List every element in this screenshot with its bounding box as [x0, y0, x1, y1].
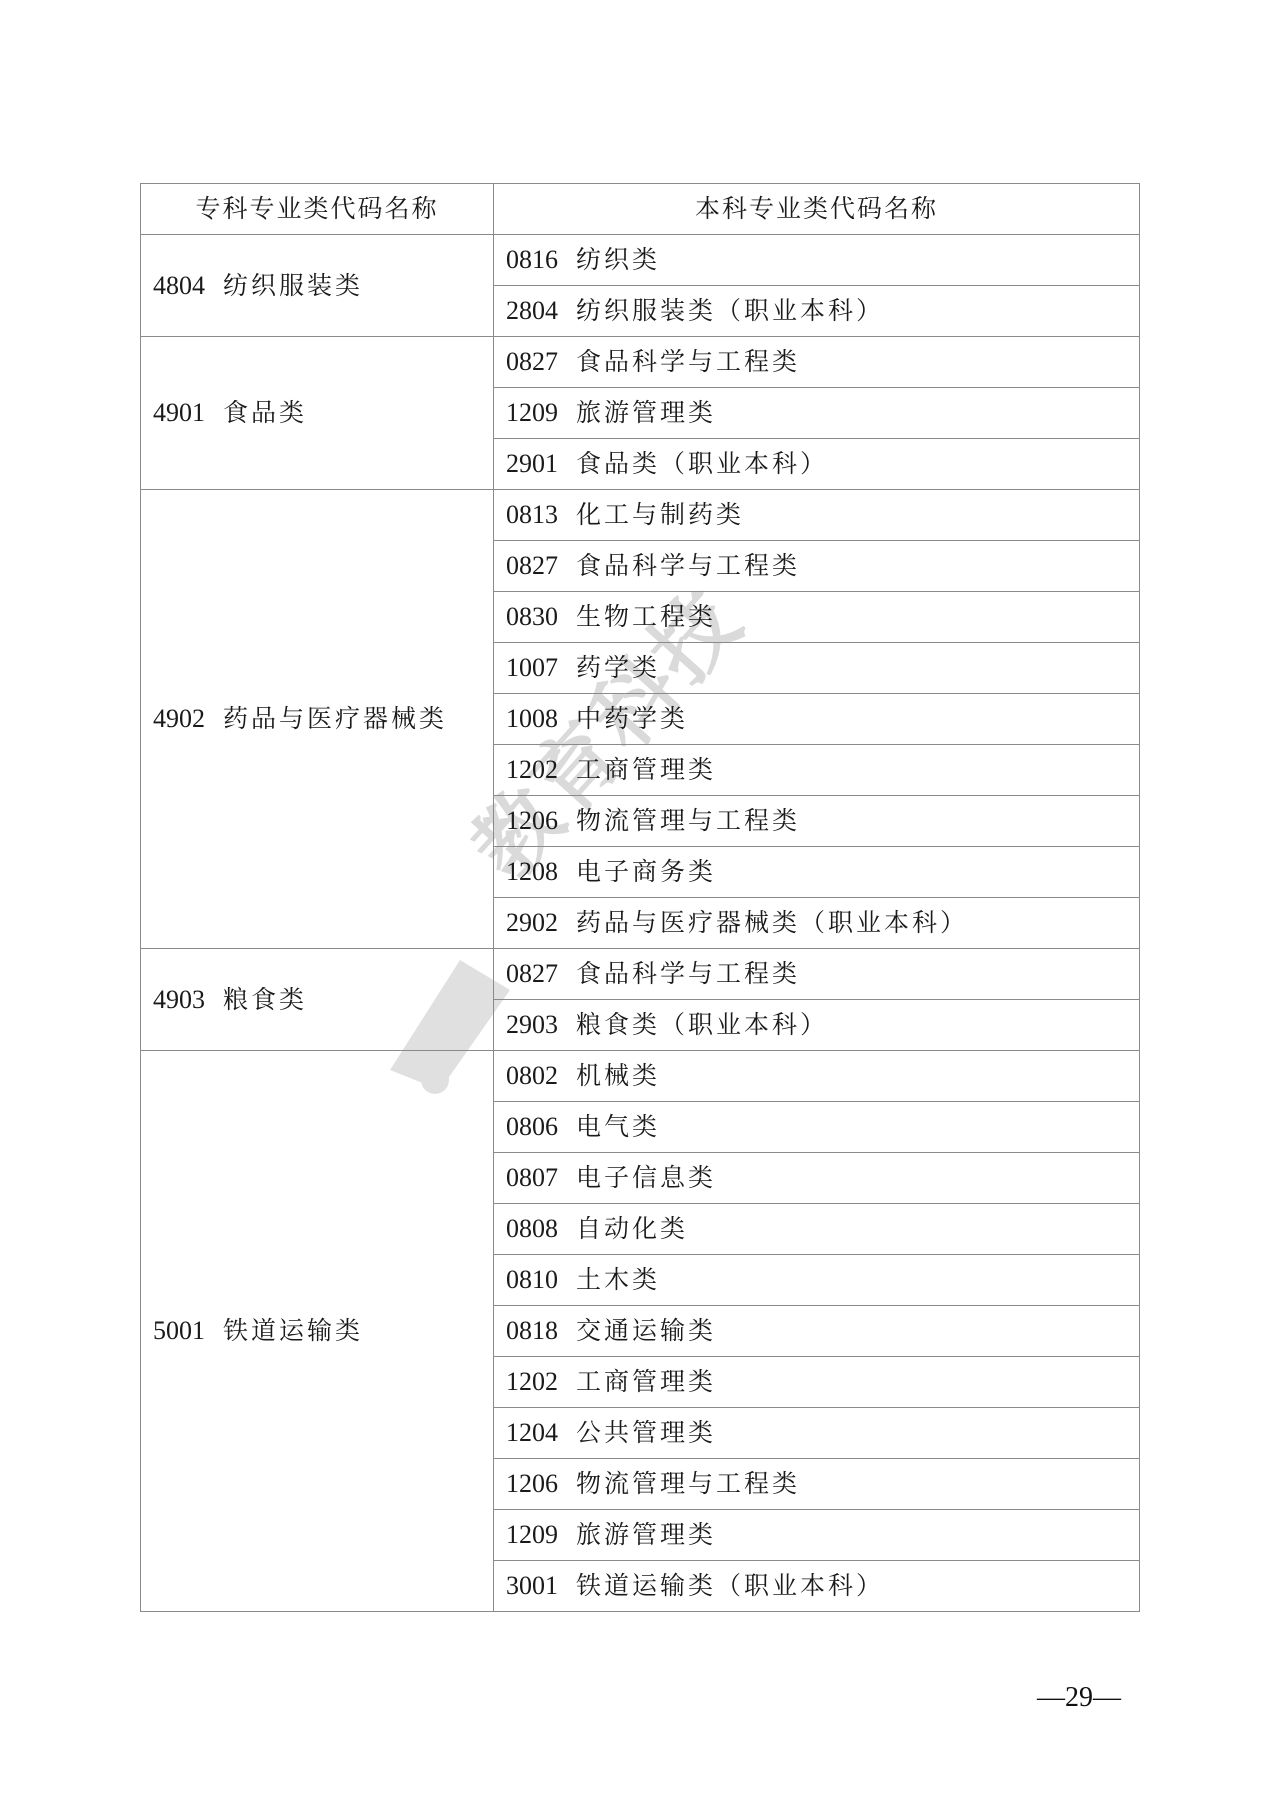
bachelor-major-name: 电子商务类: [576, 857, 716, 886]
bachelor-major-cell: 0827食品科学与工程类: [494, 541, 1140, 592]
bachelor-major-name: 食品科学与工程类: [576, 959, 800, 988]
bachelor-major-cell: 2804纺织服装类（职业本科）: [494, 286, 1140, 337]
bachelor-major-code: 2804: [506, 286, 564, 336]
bachelor-major-name: 旅游管理类: [576, 1520, 716, 1549]
bachelor-major-code: 1209: [506, 388, 564, 438]
bachelor-major-cell: 1202工商管理类: [494, 745, 1140, 796]
bachelor-major-code: 1209: [506, 1510, 564, 1560]
bachelor-major-cell: 0806电气类: [494, 1102, 1140, 1153]
table-row: 4902药品与医疗器械类0813化工与制药类: [141, 490, 1140, 541]
associate-major-cell: 4902药品与医疗器械类: [141, 490, 494, 949]
bachelor-major-cell: 1007药学类: [494, 643, 1140, 694]
bachelor-major-cell: 0802机械类: [494, 1051, 1140, 1102]
major-mapping-table: 专科专业类代码名称 本科专业类代码名称 4804纺织服装类0816纺织类2804…: [140, 183, 1140, 1612]
bachelor-major-code: 1206: [506, 1459, 564, 1509]
bachelor-major-name: 电子信息类: [576, 1163, 716, 1192]
bachelor-major-name: 旅游管理类: [576, 398, 716, 427]
bachelor-major-name: 纺织类: [576, 245, 660, 274]
bachelor-major-name: 食品科学与工程类: [576, 551, 800, 580]
page-number: —29—: [1037, 1682, 1121, 1714]
bachelor-major-code: 1208: [506, 847, 564, 897]
bachelor-major-cell: 2903粮食类（职业本科）: [494, 1000, 1140, 1051]
associate-major-name: 粮食类: [223, 985, 307, 1014]
bachelor-major-name: 铁道运输类（职业本科）: [576, 1571, 884, 1600]
bachelor-major-name: 机械类: [576, 1061, 660, 1090]
bachelor-major-code: 0808: [506, 1204, 564, 1254]
associate-major-cell: 4804纺织服装类: [141, 235, 494, 337]
bachelor-major-code: 0810: [506, 1255, 564, 1305]
bachelor-major-cell: 0816纺织类: [494, 235, 1140, 286]
bachelor-major-name: 工商管理类: [576, 755, 716, 784]
bachelor-major-cell: 3001铁道运输类（职业本科）: [494, 1561, 1140, 1612]
bachelor-major-code: 0816: [506, 235, 564, 285]
bachelor-major-code: 0827: [506, 337, 564, 387]
associate-major-cell: 5001铁道运输类: [141, 1051, 494, 1612]
table-row: 4903粮食类0827食品科学与工程类: [141, 949, 1140, 1000]
bachelor-major-cell: 1206物流管理与工程类: [494, 1459, 1140, 1510]
bachelor-major-code: 0806: [506, 1102, 564, 1152]
bachelor-major-code: 1007: [506, 643, 564, 693]
bachelor-major-code: 0807: [506, 1153, 564, 1203]
associate-major-cell: 4901食品类: [141, 337, 494, 490]
associate-major-code: 4903: [153, 975, 211, 1025]
bachelor-major-cell: 1208电子商务类: [494, 847, 1140, 898]
associate-major-code: 4804: [153, 261, 211, 311]
bachelor-major-code: 1202: [506, 745, 564, 795]
associate-major-name: 食品类: [223, 398, 307, 427]
bachelor-major-name: 交通运输类: [576, 1316, 716, 1345]
table-row: 4804纺织服装类0816纺织类: [141, 235, 1140, 286]
bachelor-major-name: 生物工程类: [576, 602, 716, 631]
associate-major-name: 药品与医疗器械类: [223, 704, 447, 733]
bachelor-major-code: 0827: [506, 949, 564, 999]
associate-major-code: 4902: [153, 694, 211, 744]
table-row: 4901食品类0827食品科学与工程类: [141, 337, 1140, 388]
bachelor-major-cell: 1209旅游管理类: [494, 388, 1140, 439]
bachelor-major-code: 2902: [506, 898, 564, 948]
bachelor-major-cell: 0818交通运输类: [494, 1306, 1140, 1357]
bachelor-major-cell: 0827食品科学与工程类: [494, 949, 1140, 1000]
bachelor-major-cell: 1202工商管理类: [494, 1357, 1140, 1408]
bachelor-major-code: 1204: [506, 1408, 564, 1458]
bachelor-major-cell: 0813化工与制药类: [494, 490, 1140, 541]
associate-major-cell: 4903粮食类: [141, 949, 494, 1051]
bachelor-major-code: 0827: [506, 541, 564, 591]
table-row: 5001铁道运输类0802机械类: [141, 1051, 1140, 1102]
bachelor-major-code: 2903: [506, 1000, 564, 1050]
bachelor-major-name: 食品类（职业本科）: [576, 449, 828, 478]
bachelor-major-code: 0802: [506, 1051, 564, 1101]
bachelor-major-name: 电气类: [576, 1112, 660, 1141]
associate-major-name: 纺织服装类: [223, 271, 363, 300]
bachelor-major-code: 0813: [506, 490, 564, 540]
bachelor-major-code: 0818: [506, 1306, 564, 1356]
bachelor-major-name: 药学类: [576, 653, 660, 682]
associate-major-code: 5001: [153, 1306, 211, 1356]
bachelor-major-cell: 0807电子信息类: [494, 1153, 1140, 1204]
bachelor-major-code: 1202: [506, 1357, 564, 1407]
bachelor-major-code: 0830: [506, 592, 564, 642]
bachelor-major-name: 纺织服装类（职业本科）: [576, 296, 884, 325]
bachelor-major-name: 工商管理类: [576, 1367, 716, 1396]
bachelor-major-code: 1008: [506, 694, 564, 744]
bachelor-major-name: 物流管理与工程类: [576, 1469, 800, 1498]
bachelor-major-cell: 1209旅游管理类: [494, 1510, 1140, 1561]
bachelor-major-cell: 1204公共管理类: [494, 1408, 1140, 1459]
table-body: 4804纺织服装类0816纺织类2804纺织服装类（职业本科）4901食品类08…: [141, 235, 1140, 1612]
bachelor-major-name: 化工与制药类: [576, 500, 744, 529]
bachelor-major-name: 食品科学与工程类: [576, 347, 800, 376]
bachelor-major-cell: 0810土木类: [494, 1255, 1140, 1306]
bachelor-major-cell: 0808自动化类: [494, 1204, 1140, 1255]
bachelor-major-cell: 1206物流管理与工程类: [494, 796, 1140, 847]
bachelor-major-code: 3001: [506, 1561, 564, 1611]
bachelor-major-code: 2901: [506, 439, 564, 489]
header-bachelor-major: 本科专业类代码名称: [494, 184, 1140, 235]
bachelor-major-cell: 1008中药学类: [494, 694, 1140, 745]
bachelor-major-cell: 0830生物工程类: [494, 592, 1140, 643]
header-associate-major: 专科专业类代码名称: [141, 184, 494, 235]
bachelor-major-name: 自动化类: [576, 1214, 688, 1243]
table-header-row: 专科专业类代码名称 本科专业类代码名称: [141, 184, 1140, 235]
bachelor-major-name: 药品与医疗器械类（职业本科）: [576, 908, 968, 937]
bachelor-major-name: 土木类: [576, 1265, 660, 1294]
associate-major-code: 4901: [153, 388, 211, 438]
bachelor-major-cell: 2901食品类（职业本科）: [494, 439, 1140, 490]
bachelor-major-cell: 2902药品与医疗器械类（职业本科）: [494, 898, 1140, 949]
bachelor-major-name: 公共管理类: [576, 1418, 716, 1447]
associate-major-name: 铁道运输类: [223, 1316, 363, 1345]
bachelor-major-cell: 0827食品科学与工程类: [494, 337, 1140, 388]
bachelor-major-name: 中药学类: [576, 704, 688, 733]
bachelor-major-name: 物流管理与工程类: [576, 806, 800, 835]
bachelor-major-name: 粮食类（职业本科）: [576, 1010, 828, 1039]
bachelor-major-code: 1206: [506, 796, 564, 846]
